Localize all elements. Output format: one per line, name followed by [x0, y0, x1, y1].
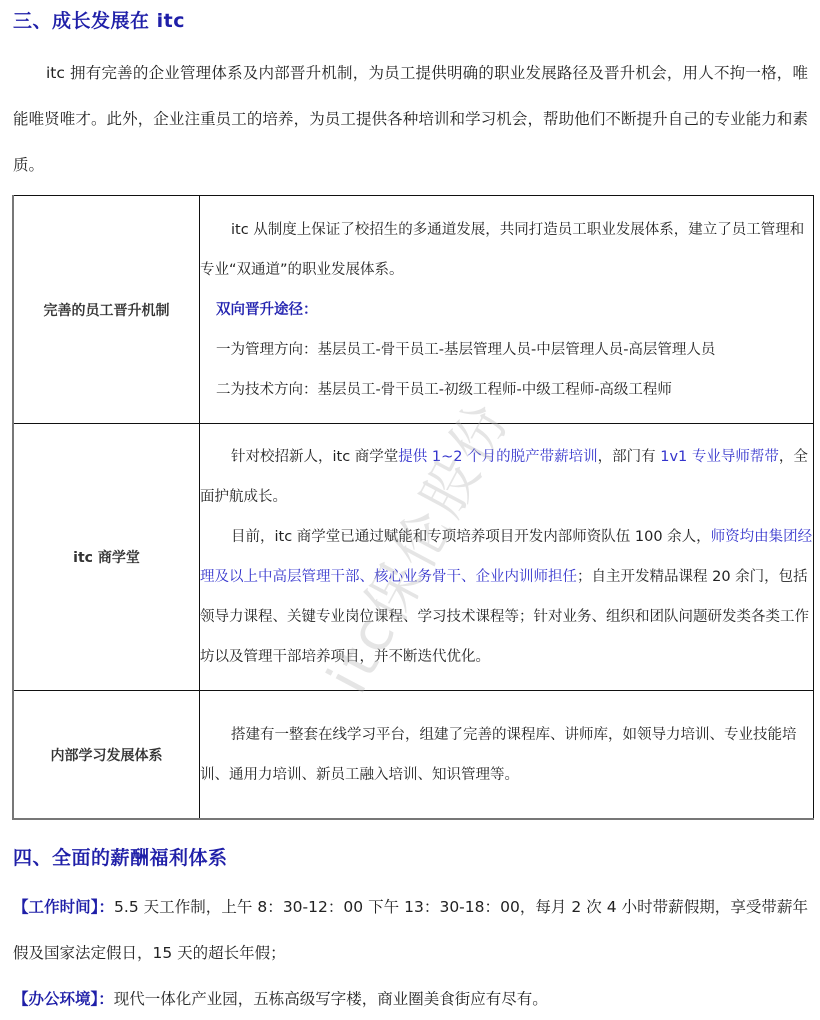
text-span: 目前，itc 商学堂已通过赋能和专项培养项目开发内部师资队伍 100 余人，	[231, 529, 711, 545]
office-text: 现代一体化产业园，五栋高级写字楼，商业圈美食街应有尽有。	[114, 990, 548, 1008]
row-label-academy: itc 商学堂	[13, 424, 200, 691]
highlight-training: 提供 1~2 个月的脱产带薪培训	[398, 449, 597, 465]
text-span: 针对校招新人，itc 商学堂	[231, 449, 398, 465]
promotion-path-technical: 二为技术方向：基层员工-骨干员工-初级工程师-中级工程师-高级工程师	[200, 370, 813, 410]
row-content-promotion: itc 从制度上保证了校招生的多通道发展，共同打造员工职业发展体系，建立了员工管…	[200, 196, 814, 424]
development-table: 完善的员工晋升机制 itc 从制度上保证了校招生的多通道发展，共同打造员工职业发…	[12, 195, 814, 820]
table-row: itc 商学堂 针对校招新人，itc 商学堂提供 1~2 个月的脱产带薪培训，部…	[13, 424, 814, 691]
work-time-paragraph: 【工作时间】：5.5 天工作制，上午 8：30-12：00 下午 13：30-1…	[13, 884, 808, 976]
work-time-text: 5.5 天工作制，上午 8：30-12：00 下午 13：30-18：00，每月…	[13, 898, 808, 962]
promotion-path-title: 双向晋升途径：	[200, 290, 813, 330]
row-content-academy: 针对校招新人，itc 商学堂提供 1~2 个月的脱产带薪培训，部门有 1v1 专…	[200, 424, 814, 691]
promotion-path-management: 一为管理方向：基层员工-骨干员工-基层管理人员-中层管理人员-高层管理人员	[200, 330, 813, 370]
highlight-mentor: 1v1 专业导师帮带	[660, 449, 779, 465]
office-label: 【办公环境】：	[13, 990, 114, 1008]
text-span: ，部门有	[598, 449, 661, 465]
section-4-heading: 四、全面的薪酬福利体系	[13, 843, 228, 870]
row-label-promotion: 完善的员工晋升机制	[13, 196, 200, 424]
row-content-learning: 搭建有一整套在线学习平台，组建了完善的课程库、讲师库，如领导力培训、专业技能培训…	[200, 691, 814, 820]
section-3-intro: itc 拥有完善的企业管理体系及内部晋升机制，为员工提供明确的职业发展路径及晋升…	[13, 50, 808, 188]
table-row: 内部学习发展体系 搭建有一整套在线学习平台，组建了完善的课程库、讲师库，如领导力…	[13, 691, 814, 820]
academy-paragraph-1: 针对校招新人，itc 商学堂提供 1~2 个月的脱产带薪培训，部门有 1v1 专…	[200, 437, 813, 517]
work-time-label: 【工作时间】：	[13, 898, 114, 916]
academy-paragraph-2: 目前，itc 商学堂已通过赋能和专项培养项目开发内部师资队伍 100 余人，师资…	[200, 517, 813, 677]
office-paragraph: 【办公环境】：现代一体化产业园，五栋高级写字楼，商业圈美食街应有尽有。	[13, 976, 808, 1020]
promotion-description: itc 从制度上保证了校招生的多通道发展，共同打造员工职业发展体系，建立了员工管…	[200, 210, 813, 290]
table-row: 完善的员工晋升机制 itc 从制度上保证了校招生的多通道发展，共同打造员工职业发…	[13, 196, 814, 424]
learning-description: 搭建有一整套在线学习平台，组建了完善的课程库、讲师库，如领导力培训、专业技能培训…	[200, 715, 813, 795]
row-label-learning: 内部学习发展体系	[13, 691, 200, 820]
section-3-heading: 三、成长发展在 itc	[13, 6, 185, 33]
